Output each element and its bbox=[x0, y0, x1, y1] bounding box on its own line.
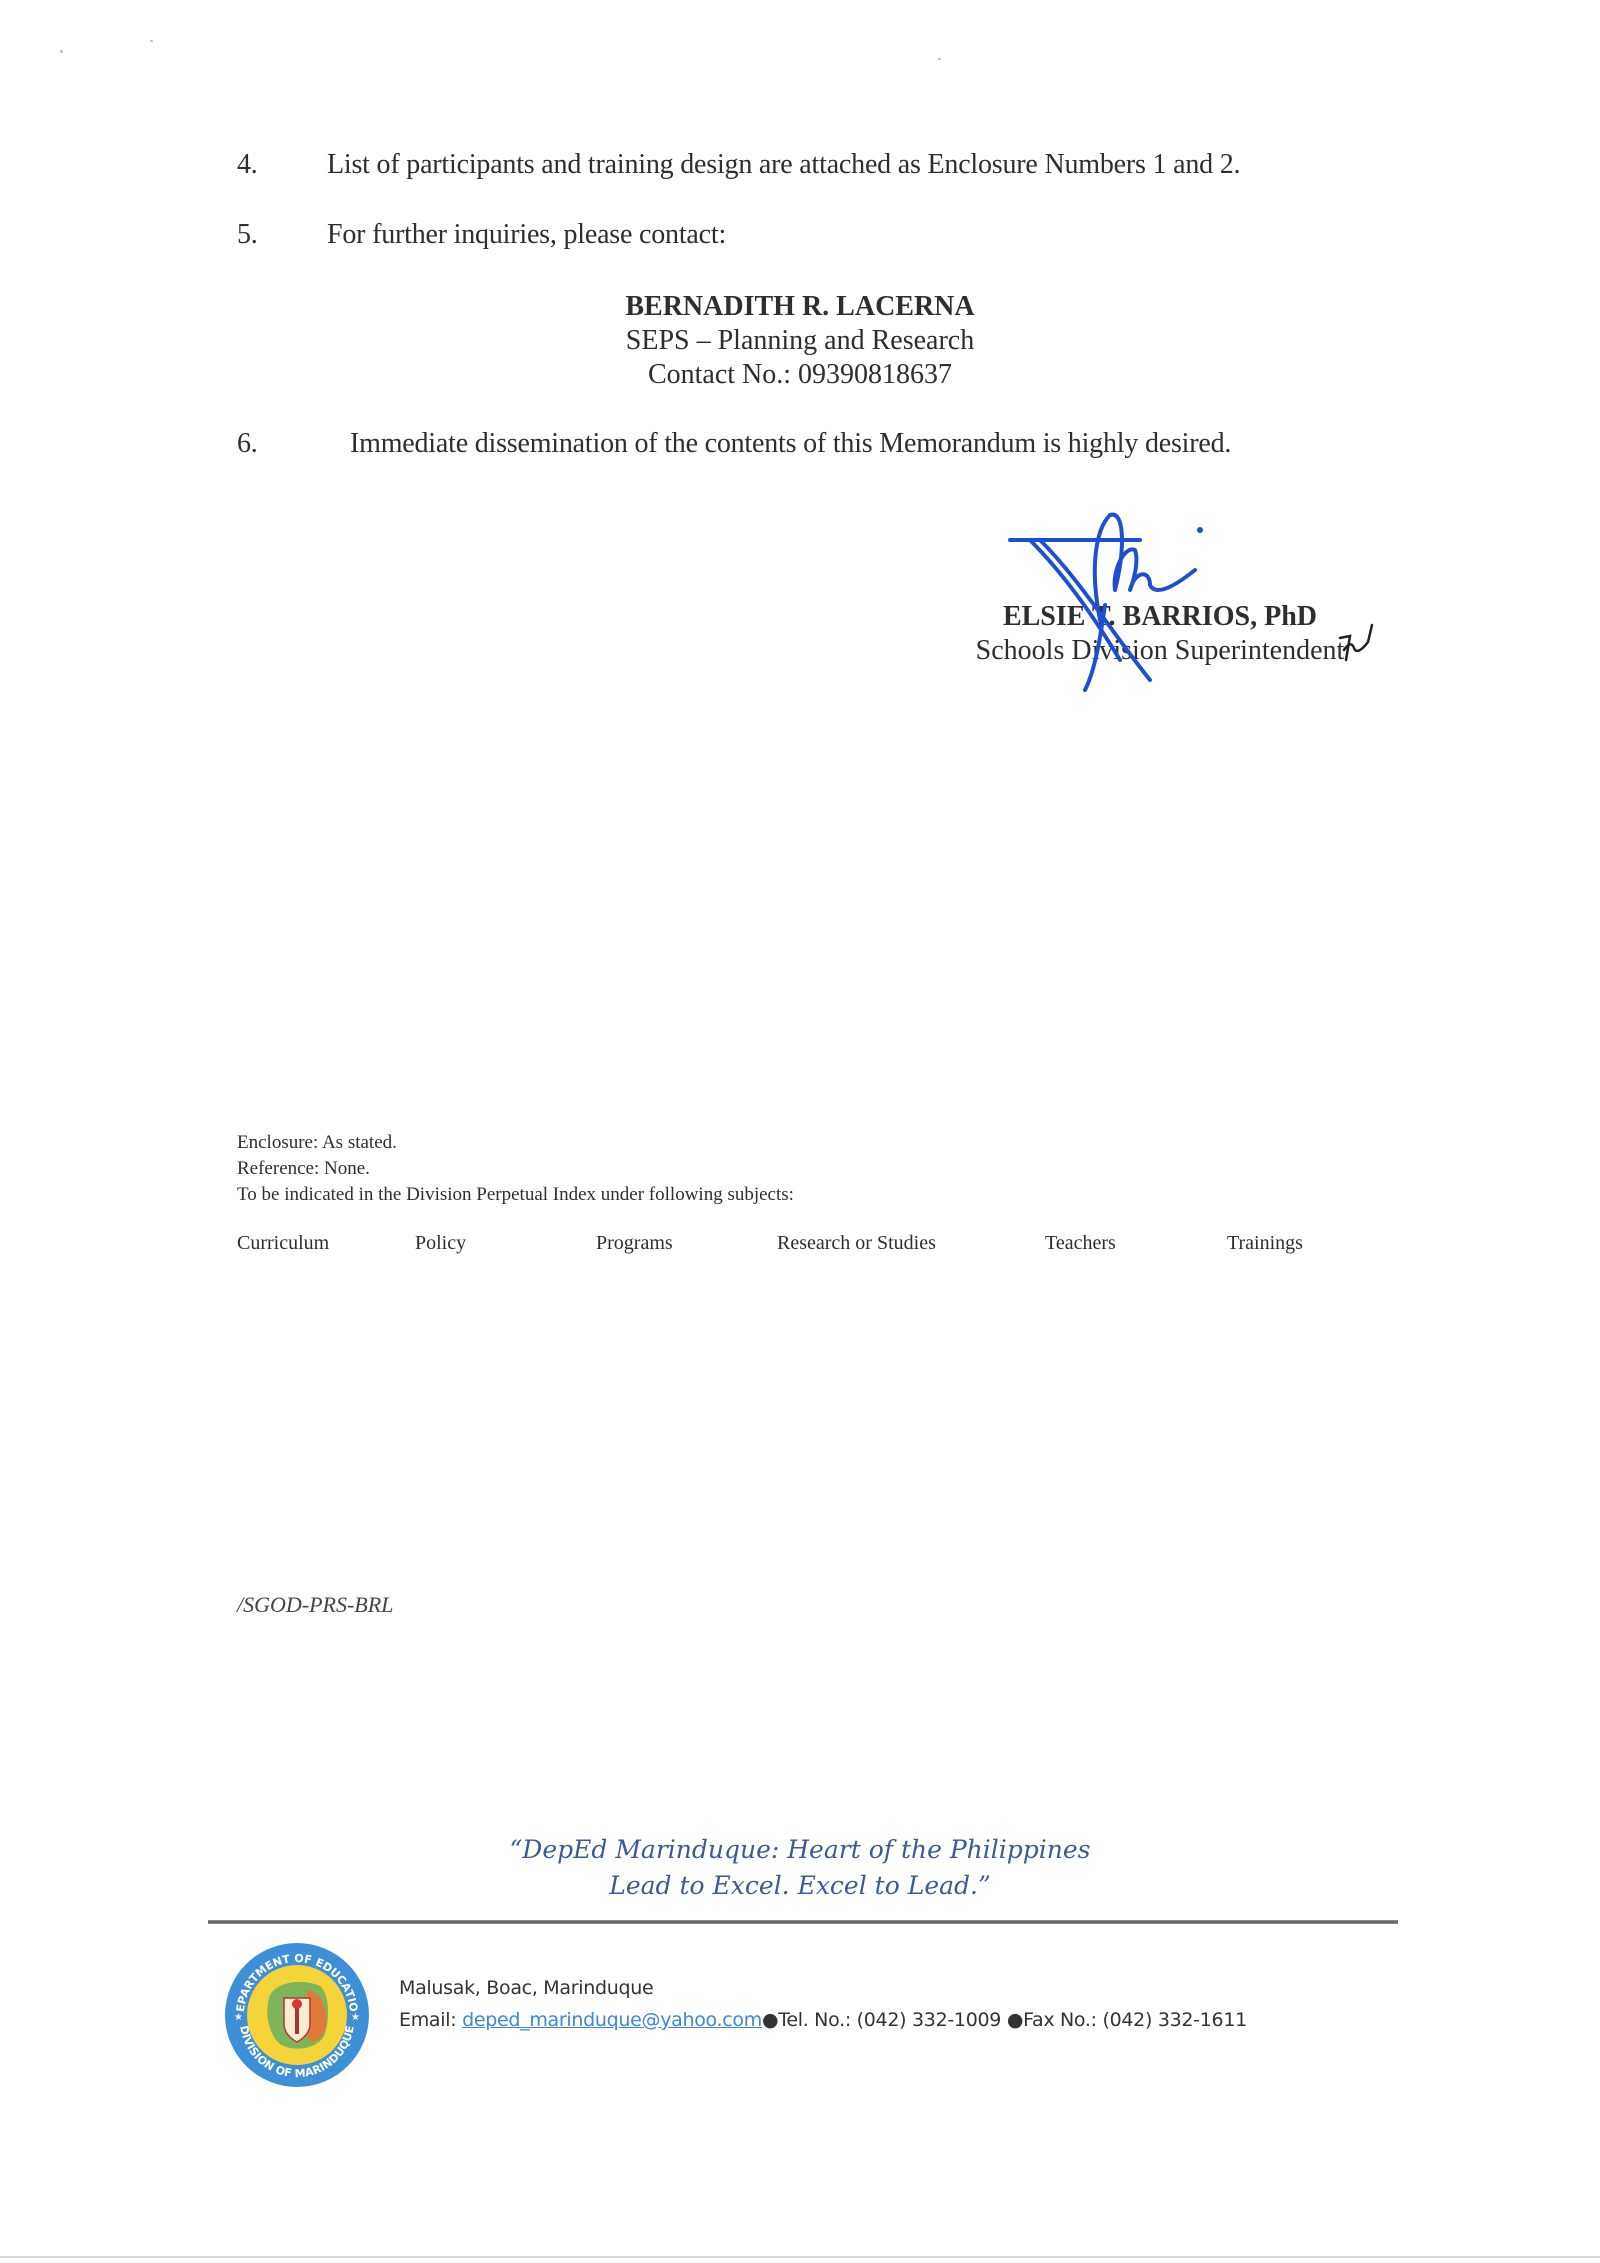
signature-icon bbox=[1000, 510, 1220, 700]
contact-phone: Contact No.: 09390818637 bbox=[560, 358, 1040, 392]
footer-address-block: Malusak, Boac, Marinduque Email: deped_m… bbox=[399, 1972, 1247, 2036]
email-link[interactable]: deped_marinduque@yahoo.com bbox=[462, 2009, 762, 2031]
office-address: Malusak, Boac, Marinduque bbox=[399, 1972, 1247, 2004]
paragraph-text: For further inquiries, please contact: bbox=[327, 218, 726, 252]
scan-artifact bbox=[150, 40, 153, 42]
paragraph-number: 4. bbox=[237, 148, 258, 182]
subject-item: Research or Studies bbox=[777, 1232, 936, 1255]
footer-divider bbox=[208, 1920, 1398, 1924]
footer-motto: “DepEd Marinduque: Heart of the Philippi… bbox=[450, 1832, 1150, 1904]
reference-line: Reference: None. bbox=[237, 1156, 794, 1182]
svg-text:★: ★ bbox=[351, 2012, 360, 2023]
scan-artifact bbox=[60, 50, 63, 53]
initial-mark-icon bbox=[1338, 620, 1378, 670]
index-line: To be indicated in the Division Perpetua… bbox=[237, 1182, 794, 1208]
paragraph-text: List of participants and training design… bbox=[327, 148, 1240, 182]
paragraph-text: Immediate dissemination of the contents … bbox=[350, 427, 1231, 461]
subject-item: Policy bbox=[415, 1232, 466, 1255]
subject-item: Curriculum bbox=[237, 1232, 329, 1255]
deped-division-logo-icon: DEPARTMENT OF EDUCATION DIVISION OF MARI… bbox=[222, 1940, 372, 2090]
telephone-number: ●Tel. No.: (042) 332-1009 bbox=[762, 2009, 1007, 2031]
paragraph-number: 6. bbox=[237, 427, 258, 461]
fax-number: ●Fax No.: (042) 332-1611 bbox=[1007, 2009, 1247, 2031]
enclosure-notes: Enclosure: As stated. Reference: None. T… bbox=[237, 1130, 794, 1208]
subject-item: Teachers bbox=[1045, 1232, 1116, 1255]
contact-line: Email: deped_marinduque@yahoo.com●Tel. N… bbox=[399, 2004, 1247, 2036]
svg-text:★: ★ bbox=[234, 2012, 243, 2023]
motto-line-1: “DepEd Marinduque: Heart of the Philippi… bbox=[450, 1832, 1150, 1868]
motto-line-2: Lead to Excel. Excel to Lead.” bbox=[450, 1868, 1150, 1904]
subject-item: Trainings bbox=[1227, 1232, 1303, 1255]
contact-name: BERNADITH R. LACERNA bbox=[560, 290, 1040, 324]
page-bottom-edge bbox=[0, 2256, 1600, 2258]
contact-person-block: BERNADITH R. LACERNA SEPS – Planning and… bbox=[560, 290, 1040, 392]
email-label: Email: bbox=[399, 2009, 462, 2031]
scan-artifact bbox=[938, 58, 941, 60]
paragraph-number: 5. bbox=[237, 218, 258, 252]
enclosure-line: Enclosure: As stated. bbox=[237, 1130, 794, 1156]
reference-code: /SGOD-PRS-BRL bbox=[237, 1592, 393, 1618]
subject-item: Programs bbox=[596, 1232, 673, 1255]
contact-position: SEPS – Planning and Research bbox=[560, 324, 1040, 358]
